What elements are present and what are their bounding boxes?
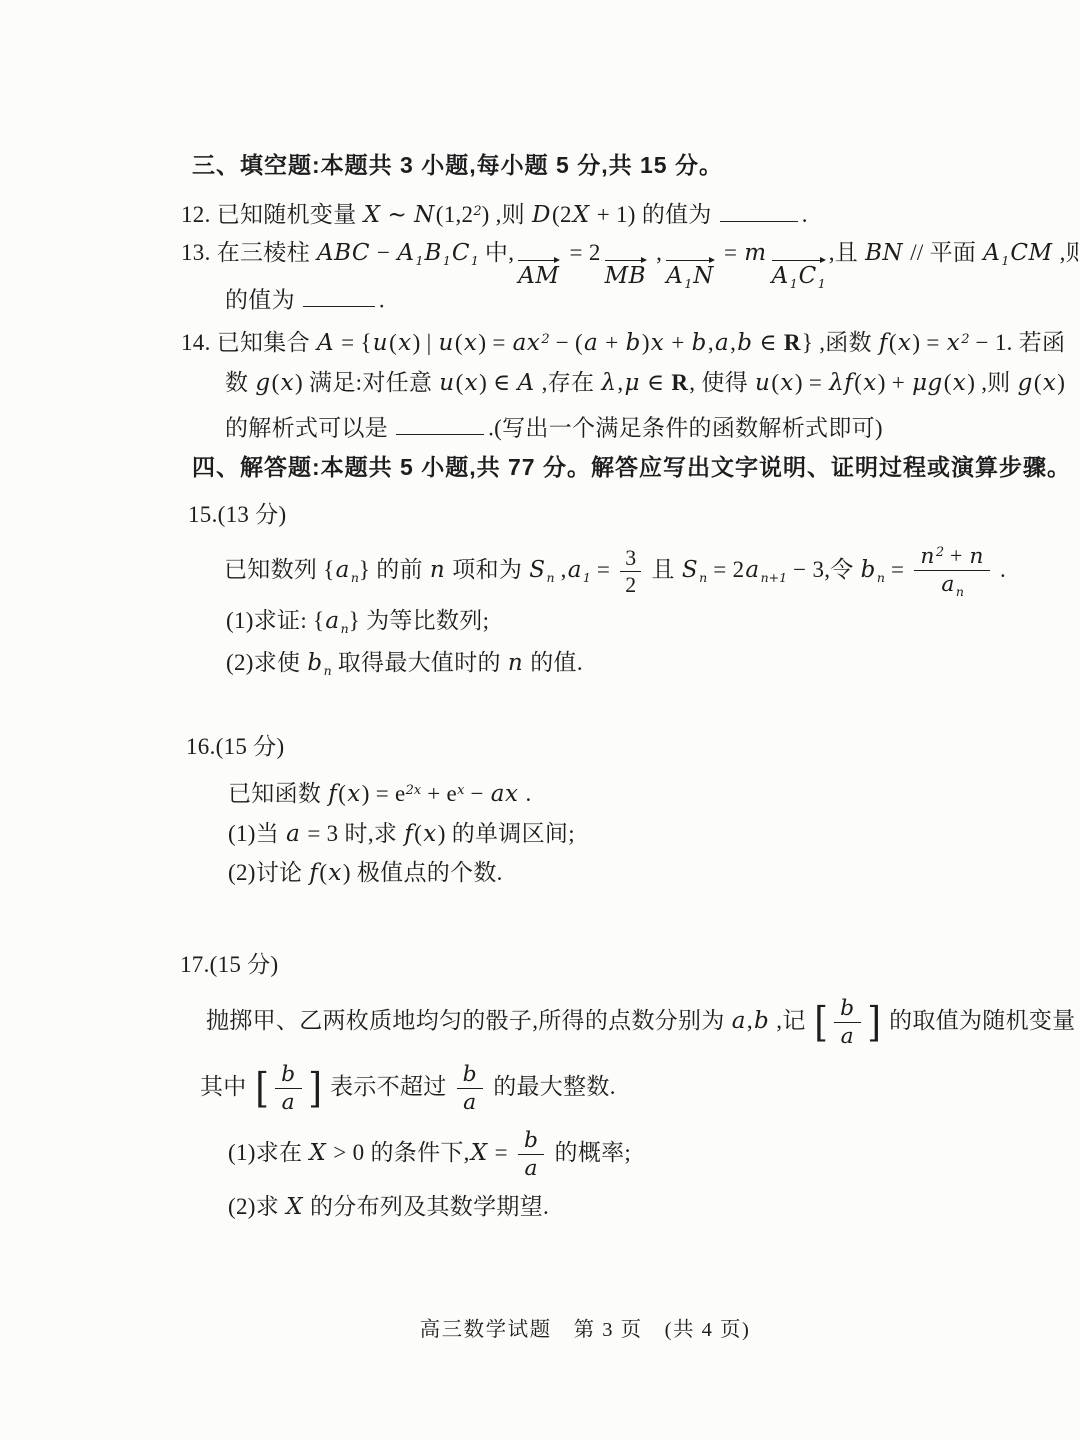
vector: A1C1 — [771, 254, 826, 290]
math-text: 四、解答题:本题共 5 小题,共 77 分。解答应写出文字说明、证明过程或演算步… — [192, 454, 1071, 480]
math-var: A — [665, 263, 684, 289]
math-text: ( — [455, 330, 463, 355]
denominator: a — [840, 1023, 856, 1049]
math-var: μ — [623, 370, 640, 396]
math-text: ∈ — [641, 370, 670, 395]
math-var: x — [464, 370, 479, 396]
math-var: a — [324, 608, 340, 634]
math-var: A — [396, 240, 415, 266]
math-text: ( — [889, 330, 897, 355]
question-17-part-2: (2)求 X 的分布列及其数学期望. — [228, 1192, 549, 1222]
vector-body: A1C1 — [771, 264, 826, 290]
question-14-line-3: 的解析式可以是.(写出一个满足条件的函数解析式即可) — [225, 411, 883, 443]
math-var: n — [429, 557, 446, 583]
question-12: 12. 已知随机变量 X ∼ N(1,22) ,则 D(2X + 1) 的值为. — [181, 197, 808, 230]
math-text: } ,函数 — [802, 330, 878, 355]
math-var: g — [254, 370, 271, 396]
math-text: − — [464, 781, 489, 806]
math-text: (1)求在 — [228, 1140, 308, 1165]
math-text: ) — [1057, 370, 1065, 395]
question-15-part-1: (1)求证: {an} 为等比数列; — [226, 606, 489, 644]
fraction: ba — [518, 1128, 544, 1182]
math-var: x — [327, 860, 342, 886]
subscript: 1 — [583, 570, 591, 585]
math-text: 项和为 — [446, 557, 528, 582]
math-text: ) 的单调区间; — [438, 821, 575, 846]
section-4-heading: 四、解答题:本题共 5 小题,共 77 分。解答应写出文字说明、证明过程或演算步… — [192, 452, 1071, 482]
math-text: = — [591, 557, 616, 582]
math-var: A — [771, 263, 790, 289]
math-text: (1)当 — [228, 821, 285, 846]
vector-arrow — [517, 254, 560, 264]
question-15-part-2: (2)求使 bn 取得最大值时的 n 的值. — [226, 648, 583, 686]
math-var: D — [531, 202, 552, 228]
numerator: b — [457, 1062, 483, 1089]
math-text: 的值为 — [225, 287, 295, 312]
math-var: a — [714, 330, 730, 356]
denominator: 2 — [625, 572, 636, 597]
math-var: a — [335, 557, 351, 583]
math-var: λ — [600, 370, 617, 396]
math-var: a — [840, 1024, 856, 1049]
math-var: b — [860, 557, 877, 583]
math-var: MB — [604, 263, 647, 289]
math-text: . — [802, 202, 808, 227]
math-var: x — [779, 370, 794, 396]
math-var: b — [839, 996, 855, 1021]
vector: AM — [517, 254, 560, 288]
math-var: S — [528, 557, 546, 583]
question-17-body: 抛掷甲、乙两枚质地均匀的骰子,所得的点数分别为 a,b ,记 [ba] 的取值为… — [206, 996, 1080, 1050]
math-text: ( — [414, 821, 422, 846]
math-text: ( — [1034, 370, 1042, 395]
math-text: 三、填空题:本题共 3 小题,每小题 5 分,共 15 分。 — [192, 152, 723, 178]
denominator: a — [523, 1155, 539, 1181]
math-text: } 的前 — [359, 557, 429, 582]
math-text: 的解析式可以是 — [225, 415, 388, 440]
vector-arrow — [771, 254, 826, 264]
math-text: 抛掷甲、乙两枚质地均匀的骰子,所得的点数分别为 — [206, 1008, 731, 1033]
math-var: AM — [517, 263, 560, 289]
math-text: ) 极值点的个数. — [343, 860, 503, 885]
bracket: [ — [255, 1068, 269, 1109]
math-var: b — [691, 330, 708, 356]
math-var: A — [982, 240, 1001, 266]
math-text: 16.(15 分) — [186, 734, 285, 759]
section-3-heading: 三、填空题:本题共 3 小题,每小题 5 分,共 15 分。 — [192, 150, 723, 180]
numerator: 3 — [620, 546, 641, 572]
math-text: , — [650, 240, 662, 265]
question-16-part-2: (2)讨论 f(x) 极值点的个数. — [228, 858, 503, 888]
superscript: 2x — [406, 783, 422, 798]
fraction: ba — [275, 1062, 301, 1116]
math-var: u — [372, 330, 389, 356]
math-var: A — [516, 370, 535, 396]
math-text: 13. 在三棱柱 — [181, 240, 316, 265]
math-text: ,且 — [829, 240, 864, 265]
math-text: 2 — [625, 573, 636, 597]
subscript: 1 — [790, 276, 798, 291]
math-text: . — [379, 287, 385, 312]
vector-arrow — [604, 254, 647, 264]
math-text: 且 — [645, 557, 680, 582]
math-var: b — [523, 1128, 539, 1153]
math-var: n — [919, 544, 936, 569]
math-text: ) = — [478, 330, 511, 355]
math-text: − 1. 若函 — [969, 330, 1065, 355]
math-text: ) 满足:对任意 — [295, 370, 438, 395]
math-text: 数 — [225, 370, 254, 395]
subscript: 1 — [818, 276, 826, 291]
math-text: = 2 — [563, 240, 600, 265]
bracket: ] — [308, 1068, 322, 1109]
math-bold: R — [783, 330, 802, 355]
question-16-part-1: (1)当 a = 3 时,求 f(x) 的单调区间; — [228, 819, 575, 849]
math-var: X — [363, 202, 382, 228]
question-14-line-2: 数 g(x) 满足:对任意 u(x) ∈ A ,存在 λ,μ ∈ R, 使得 u… — [225, 368, 1065, 398]
bracket: [ — [814, 1002, 828, 1043]
math-text: 表示不超过 — [324, 1074, 453, 1099]
subscript: n+1 — [761, 570, 787, 585]
math-text: > 0 的条件下, — [327, 1140, 469, 1165]
math-text: + — [665, 330, 690, 355]
math-text: (1)求证: { — [226, 608, 324, 633]
math-text: , — [555, 557, 567, 582]
math-var: CM — [1009, 240, 1053, 266]
question-17-number: 17.(15 分) — [180, 950, 279, 980]
math-var: b — [462, 1062, 478, 1087]
math-text: 的值. — [524, 650, 583, 675]
numerator: b — [275, 1062, 301, 1089]
question-17-note: 其中 [ba] 表示不超过 ba 的最大整数. — [200, 1062, 616, 1116]
math-text: 已知函数 — [228, 781, 327, 806]
subscript: n — [351, 570, 359, 585]
fraction: n2 + nan — [914, 544, 990, 599]
math-text: . — [519, 781, 531, 806]
vector-body: A1N — [665, 264, 715, 290]
math-text: 12. 已知随机变量 — [181, 202, 363, 227]
math-var: n — [968, 544, 985, 569]
math-text: ,则 — [1054, 240, 1080, 265]
vector-arrow — [665, 254, 715, 264]
math-var: x — [897, 330, 912, 356]
math-text: 的取值为随机变量 — [883, 1008, 1080, 1033]
fraction: ba — [457, 1062, 483, 1116]
math-var: ax — [512, 330, 542, 356]
math-text: ) ∈ — [479, 370, 516, 395]
math-var: C — [451, 240, 471, 266]
question-15-number: 15.(13 分) — [188, 500, 287, 530]
math-var: a — [462, 1090, 478, 1115]
math-var: a — [583, 330, 599, 356]
math-var: a — [567, 557, 583, 583]
math-text: ,存在 — [536, 370, 601, 395]
math-text: 其中 — [200, 1074, 253, 1099]
math-var: n — [507, 650, 524, 676]
math-var: u — [754, 370, 771, 396]
math-bold: R — [670, 370, 689, 395]
math-var: x — [1042, 370, 1057, 396]
math-text: 的概率; — [548, 1140, 631, 1165]
subscript: n — [547, 570, 555, 585]
question-15-body: 已知数列 {an} 的前 n 项和为 Sn ,a1 = 32 且 Sn = 2a… — [224, 544, 1006, 599]
math-var: X — [572, 202, 591, 228]
math-var: x — [463, 330, 478, 356]
math-text: 14. 已知集合 — [181, 330, 316, 355]
superscript: 2 — [936, 545, 944, 560]
math-var: X — [308, 1140, 327, 1166]
math-text: = — [489, 1140, 514, 1165]
math-text: . — [994, 557, 1006, 582]
math-var: x — [422, 821, 437, 847]
math-var: f — [327, 781, 338, 807]
math-text: 17.(15 分) — [180, 952, 279, 977]
math-var: X — [285, 1194, 304, 1220]
exam-page: 三、填空题:本题共 3 小题,每小题 5 分,共 15 分。 12. 已知随机变… — [0, 0, 1080, 1440]
math-text: − ( — [550, 330, 583, 355]
math-var: N — [413, 202, 436, 228]
math-text: + — [944, 544, 968, 568]
math-var: λf — [828, 370, 854, 396]
math-text: 3 — [625, 546, 636, 570]
fraction: ba — [834, 996, 860, 1050]
superscript: 2 — [541, 332, 549, 347]
superscript: 2 — [473, 204, 481, 219]
math-text: 的分布列及其数学期望. — [304, 1194, 549, 1219]
math-text: 取得最大值时的 — [332, 650, 507, 675]
math-text: + 1) 的值为 — [591, 202, 712, 227]
math-text: (2 — [552, 202, 572, 227]
math-var: B — [423, 240, 442, 266]
math-text: (2)求使 — [226, 650, 306, 675]
denominator: a — [281, 1089, 297, 1115]
math-text: 中, — [479, 240, 514, 265]
math-text: ) = — [795, 370, 828, 395]
vector-body: AM — [517, 264, 560, 288]
math-var: C — [798, 263, 818, 289]
math-text: ∼ — [381, 202, 413, 227]
math-text: − — [371, 240, 396, 265]
math-var: b — [306, 650, 323, 676]
subscript: n — [341, 621, 349, 636]
math-text: ( — [944, 370, 952, 395]
math-var: x — [946, 330, 961, 356]
math-text: .(写出一个满足条件的函数解析式即可) — [488, 415, 883, 440]
numerator: n2 + n — [914, 544, 990, 571]
math-var: S — [681, 557, 699, 583]
math-var: N — [692, 263, 715, 289]
denominator: an — [940, 571, 964, 599]
math-var: b — [625, 330, 642, 356]
math-text: // 平面 — [904, 240, 982, 265]
math-var: f — [308, 860, 319, 886]
math-text: (1,2 — [436, 202, 474, 227]
math-text: = 3 时,求 — [301, 821, 403, 846]
bracket: ] — [867, 1002, 881, 1043]
math-var: x — [952, 370, 967, 396]
math-var: a — [940, 572, 956, 597]
question-14-line-1: 14. 已知集合 A = {u(x) | u(x) = ax2 − (a + b… — [181, 325, 1065, 358]
math-text: ) — [642, 330, 650, 355]
math-text: 已知数列 { — [224, 557, 335, 582]
math-text: 15.(13 分) — [188, 502, 287, 527]
math-text: ( — [456, 370, 464, 395]
answer-blank — [303, 283, 375, 307]
question-13-line-2: 的值为. — [225, 283, 385, 315]
question-17-part-1: (1)求在 X > 0 的条件下,X = ba 的概率; — [228, 1128, 631, 1182]
math-text: ∈ — [753, 330, 782, 355]
math-var: a — [744, 557, 760, 583]
question-16-number: 16.(15 分) — [186, 732, 285, 762]
math-var: x — [397, 330, 412, 356]
math-var: f — [878, 330, 889, 356]
math-var: f — [403, 821, 414, 847]
math-var: a — [523, 1156, 539, 1181]
math-var: x — [280, 370, 295, 396]
subscript: n — [324, 663, 332, 678]
math-text: = — [885, 557, 910, 582]
subscript: 1 — [471, 253, 479, 268]
answer-blank — [720, 198, 798, 222]
math-text: , 使得 — [689, 370, 754, 395]
math-var: b — [736, 330, 753, 356]
math-var: a — [731, 1008, 747, 1034]
math-var: x — [862, 370, 877, 396]
math-text: ) ,则 — [967, 370, 1016, 395]
math-text: ) ,则 — [482, 202, 531, 227]
math-var: u — [438, 370, 455, 396]
math-var: ABC — [316, 240, 371, 266]
math-var: b — [280, 1062, 296, 1087]
vector: A1N — [665, 254, 715, 290]
denominator: a — [462, 1089, 478, 1115]
page-footer: 高三数学试题 第 3 页 (共 4 页) — [90, 1312, 1080, 1342]
math-text: (2)讨论 — [228, 860, 308, 885]
math-var: BN — [864, 240, 904, 266]
fraction: 32 — [620, 546, 641, 598]
subscript: n — [877, 570, 885, 585]
math-text: = — [718, 240, 743, 265]
numerator: b — [518, 1128, 544, 1155]
subscript: 1 — [443, 253, 451, 268]
math-text: 的最大整数. — [487, 1074, 616, 1099]
math-var: x — [346, 781, 361, 807]
math-text: ) = e — [362, 781, 406, 806]
math-text: ) + — [878, 370, 911, 395]
numerator: b — [834, 996, 860, 1023]
math-text: = 2 — [707, 557, 744, 582]
math-text: − 3,令 — [787, 557, 860, 582]
math-var: m — [743, 240, 767, 266]
math-text: + — [599, 330, 624, 355]
math-text: ,记 — [770, 1008, 811, 1033]
math-text: + e — [421, 781, 457, 806]
answer-blank — [396, 411, 484, 435]
math-var: b — [753, 1008, 770, 1034]
math-var: a — [285, 821, 301, 847]
subscript: n — [699, 570, 707, 585]
vector: MB — [604, 254, 647, 288]
vector-body: MB — [604, 264, 647, 288]
math-text: (2)求 — [228, 1194, 285, 1219]
question-16-body: 已知函数 f(x) = e2x + ex − ax . — [228, 776, 532, 809]
math-text: = { — [335, 330, 372, 355]
math-var: a — [281, 1090, 297, 1115]
math-var: x — [650, 330, 665, 356]
math-var: ax — [490, 781, 520, 807]
math-var: g — [1017, 370, 1034, 396]
math-var: μg — [911, 370, 944, 396]
math-var: A — [316, 330, 335, 356]
math-text: ( — [389, 330, 397, 355]
math-text: } 为等比数列; — [349, 608, 490, 633]
math-text: ) = — [912, 330, 945, 355]
math-var: u — [438, 330, 455, 356]
math-text: ) | — [413, 330, 438, 355]
math-var: X — [470, 1140, 489, 1166]
subscript: n — [956, 584, 964, 599]
math-text: ( — [272, 370, 280, 395]
